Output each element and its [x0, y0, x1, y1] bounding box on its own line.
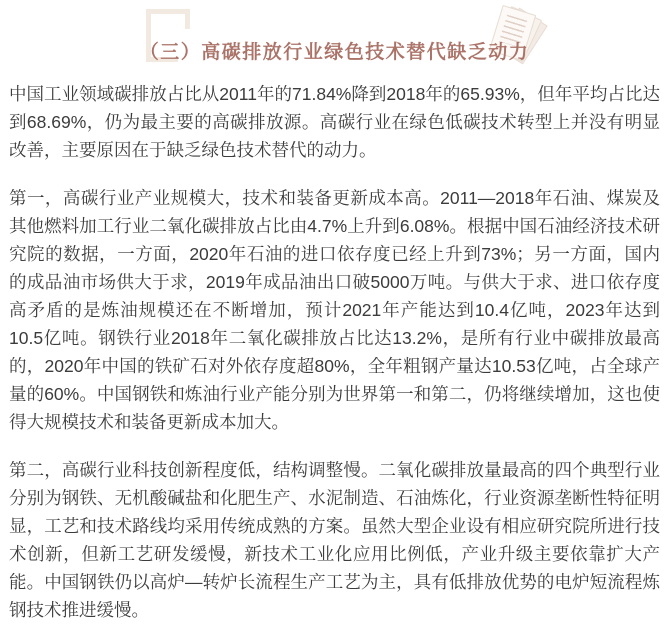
- document-page: （三）高碳排放行业绿色技术替代缺乏动力 中国工业领域碳排放占比从2011年的71…: [0, 0, 669, 639]
- section-header: （三）高碳排放行业绿色技术替代缺乏动力: [0, 0, 669, 78]
- paragraph-first: 第一，高碳行业产业规模大，技术和装备更新成本高。2011—2018年石油、煤炭及…: [9, 184, 660, 436]
- paragraph-intro: 中国工业领域碳排放占比从2011年的71.84%降到2018年的65.93%，但…: [9, 80, 660, 164]
- paragraph-second: 第二，高碳行业科技创新程度低，结构调整慢。二氧化碳排放量最高的四个典型行业分别为…: [9, 456, 660, 624]
- article-body: 中国工业领域碳排放占比从2011年的71.84%降到2018年的65.93%，但…: [0, 80, 669, 624]
- section-title: （三）高碳排放行业绿色技术替代缺乏动力: [140, 37, 530, 64]
